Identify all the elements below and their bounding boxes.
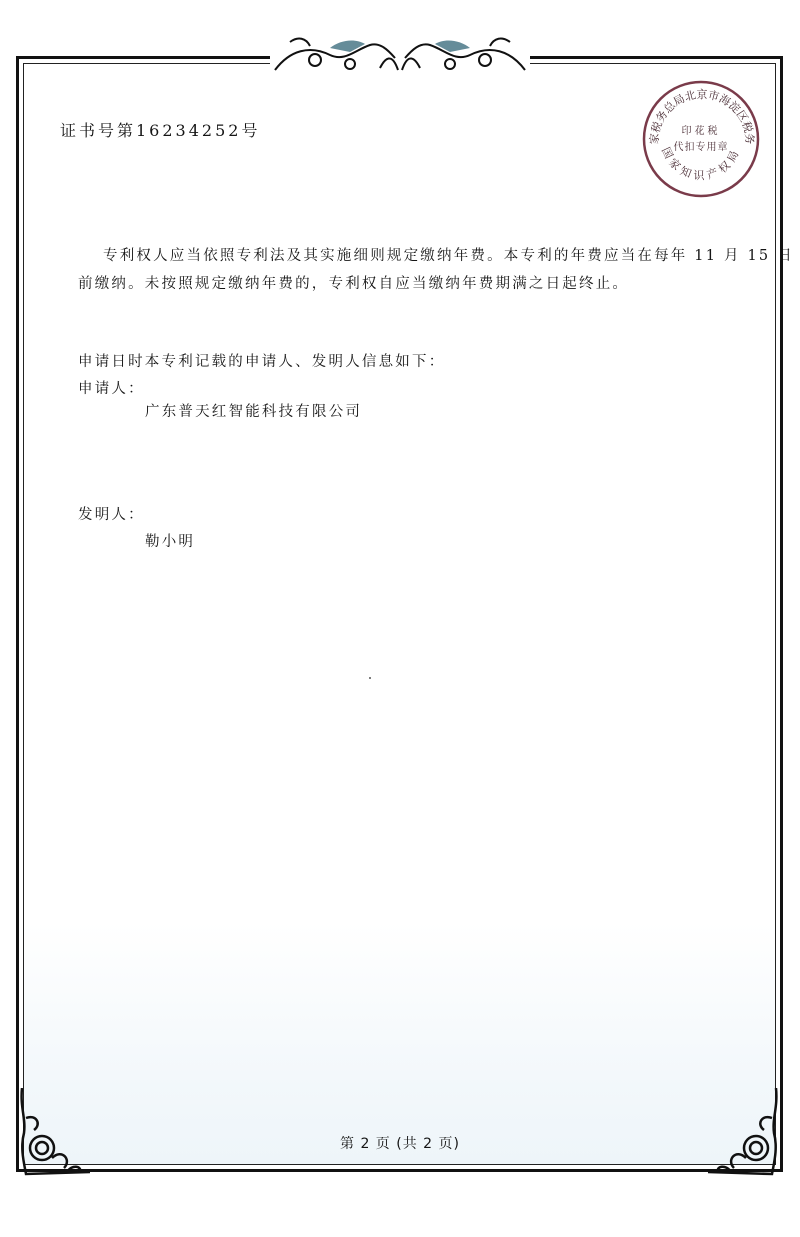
top-dragon-ornament-icon [270, 30, 530, 80]
info-intro: 申请日时本专利记载的申请人、发明人信息如下： [78, 350, 445, 371]
stray-mark [369, 677, 371, 679]
official-seal-stamp-icon: 国家税务总局北京市海淀区税务局 印花税 代扣专用章 国家知识产权局 [640, 78, 762, 200]
page-footer: 第 2 页 (共 2 页) [0, 1133, 800, 1153]
stamp-center-line1: 印花税 [682, 124, 721, 137]
applicant-name: 广东普天红智能科技有限公司 [145, 400, 362, 421]
applicant-label: 申请人： [78, 377, 145, 398]
certificate-number: 证书号第16234252号 [60, 118, 260, 141]
certificate-inner-border [23, 63, 776, 1165]
stamp-center-line2: 代扣专用章 [674, 140, 729, 153]
fee-paragraph-line2: 前缴纳。未按照规定缴纳年费的，专利权自应当缴纳年费期满之日起终止。 [78, 272, 629, 293]
fee-paragraph-line1: 专利权人应当依照专利法及其实施细则规定缴纳年费。本专利的年费应当在每年 11 月… [103, 244, 794, 265]
inventor-label: 发明人： [78, 503, 145, 524]
inventor-name: 勒小明 [145, 530, 195, 551]
